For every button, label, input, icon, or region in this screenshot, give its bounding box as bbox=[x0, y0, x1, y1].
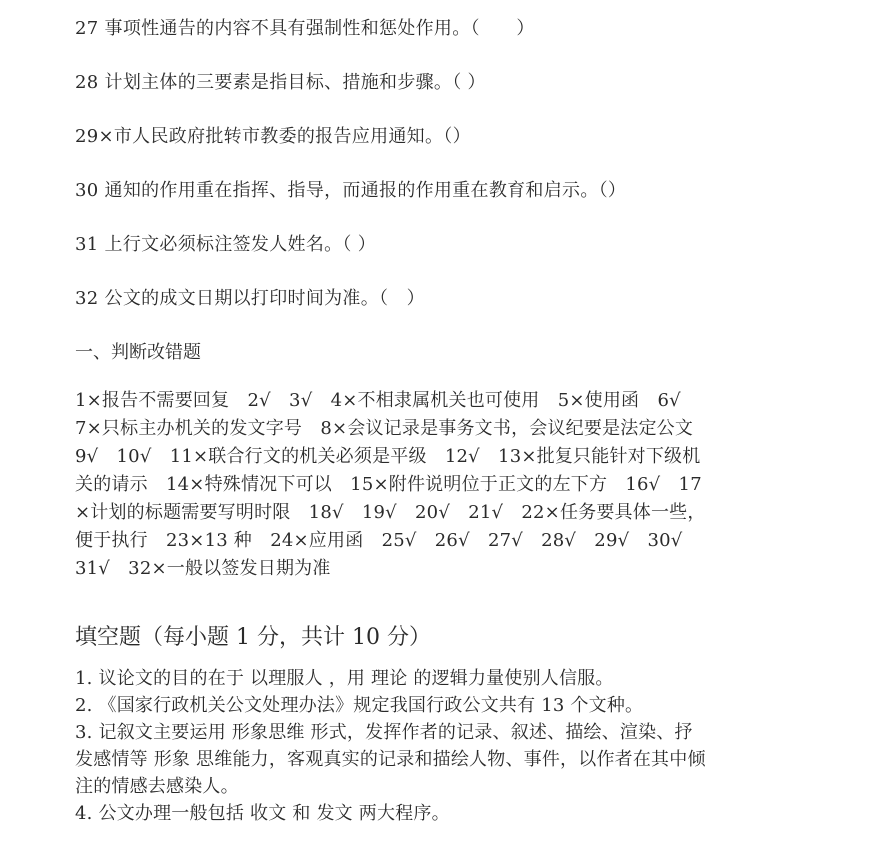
fill-in-blank-title: 填空题（每小题 1 分，共计 10 分） bbox=[75, 620, 431, 651]
question-29: 29×市人民政府批转市教委的报告应用通知。（） bbox=[75, 122, 471, 148]
answer-line: 便于执行 23×13 种 24×应用函 25√ 26√ 27√ 28√ 29√ … bbox=[75, 527, 825, 555]
question-32: 32 公文的成文日期以打印时间为准。（ ） bbox=[75, 284, 425, 310]
question-27: 27 事项性通告的内容不具有强制性和惩处作用。（ ） bbox=[75, 14, 535, 40]
answer-line: 7×只标主办机关的发文字号 8×会议记录是事务文书，会议纪要是法定公文 bbox=[75, 415, 825, 443]
answer-line: ×计划的标题需要写明时限 18√ 19√ 20√ 21√ 22×任务要具体一些， bbox=[75, 499, 825, 527]
document-page: 27 事项性通告的内容不具有强制性和惩处作用。（ ） 28 计划主体的三要素是指… bbox=[0, 0, 894, 858]
answer-key: 1×报告不需要回复 2√ 3√ 4×不相隶属机关也可使用 5×使用函 6√ 7×… bbox=[75, 387, 825, 583]
answer-line: 关的请示 14×特殊情况下可以 15×附件说明位于正文的左下方 16√ 17 bbox=[75, 471, 825, 499]
fill-line: 4. 公文办理一般包括 收文 和 发文 两大程序。 bbox=[75, 800, 825, 827]
fill-in-blank-answers: 1. 议论文的目的在于 以理服人 ，用 理论 的逻辑力量使别人信服。 2. 《国… bbox=[75, 665, 825, 827]
fill-line: 1. 议论文的目的在于 以理服人 ，用 理论 的逻辑力量使别人信服。 bbox=[75, 665, 825, 692]
answer-line: 9√ 10√ 11×联合行文的机关必须是平级 12√ 13×批复只能针对下级机 bbox=[75, 443, 825, 471]
section-heading-true-false: 一、判断改错题 bbox=[75, 338, 201, 364]
answer-line: 1×报告不需要回复 2√ 3√ 4×不相隶属机关也可使用 5×使用函 6√ bbox=[75, 387, 825, 415]
fill-line: 注的情感去感染人。 bbox=[75, 773, 825, 800]
fill-line: 发感情等 形象 思维能力，客观真实的记录和描绘人物、事件，以作者在其中倾 bbox=[75, 746, 825, 773]
question-30: 30 通知的作用重在指挥、指导，而通报的作用重在教育和启示。（） bbox=[75, 176, 626, 202]
question-28: 28 计划主体的三要素是指目标、措施和步骤。（ ） bbox=[75, 68, 486, 94]
question-31: 31 上行文必须标注签发人姓名。（ ） bbox=[75, 230, 376, 256]
fill-line: 2. 《国家行政机关公文处理办法》规定我国行政公文共有 13 个文种。 bbox=[75, 692, 825, 719]
fill-line: 3. 记叙文主要运用 形象思维 形式，发挥作者的记录、叙述、描绘、渲染、抒 bbox=[75, 719, 825, 746]
answer-line: 31√ 32×一般以签发日期为准 bbox=[75, 555, 825, 583]
